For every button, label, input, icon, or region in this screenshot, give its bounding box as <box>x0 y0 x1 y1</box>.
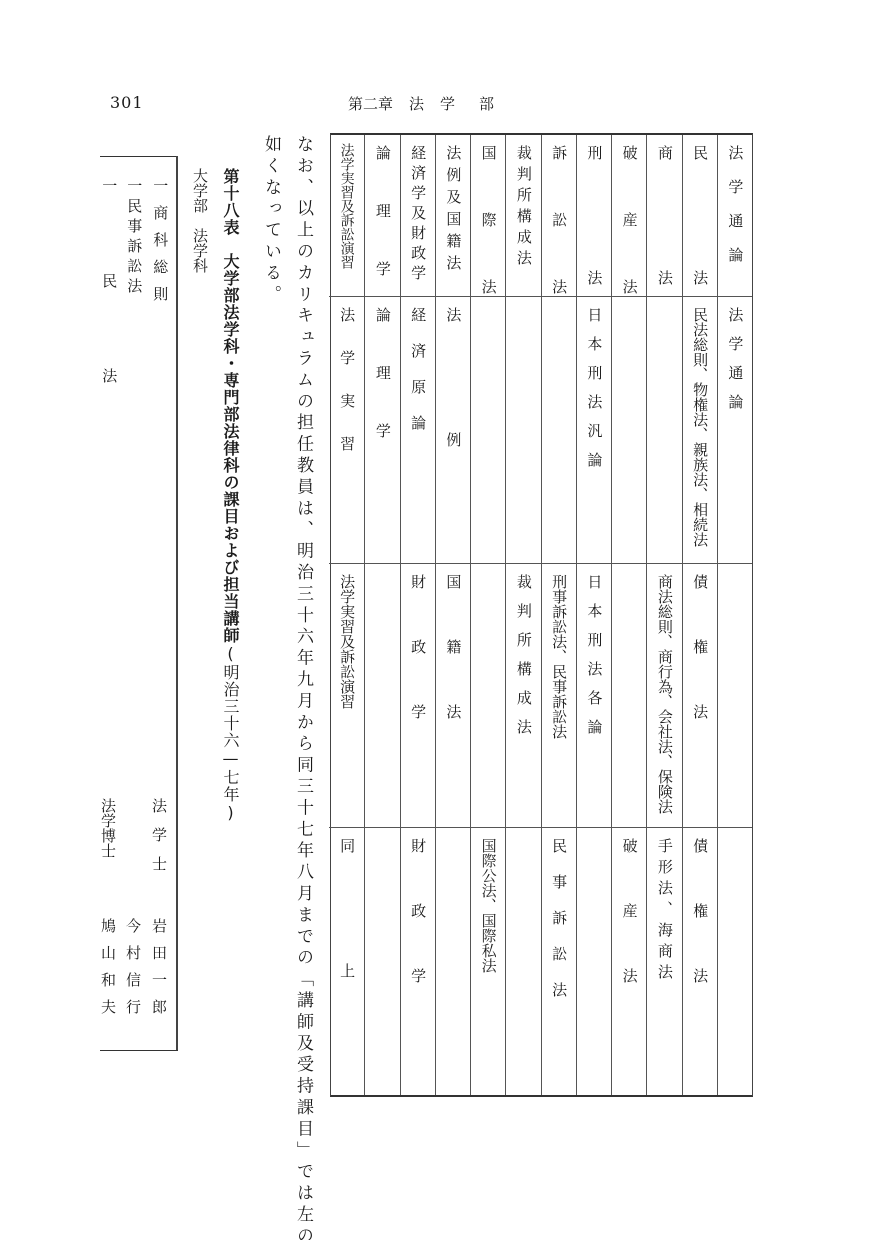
cell-text: 法学通論 <box>727 297 742 563</box>
list-name: 鳩山和夫 <box>100 918 115 1026</box>
column-header: 刑法 <box>577 135 611 297</box>
table-cell: 商法総則、商行為、会社法、保険法 <box>647 564 681 828</box>
table-column: 裁判所構成法 裁判所構成法 <box>505 135 540 1095</box>
table-cell: 論理学 <box>365 297 399 564</box>
table-cell: 債権法 <box>683 828 717 1095</box>
table-column: 国際法 国際公法、国際私法 <box>470 135 505 1095</box>
column-header: 商法 <box>647 135 681 297</box>
cell-text: 財政学 <box>410 564 425 827</box>
list-subject: 一民事訴訟法 <box>125 178 142 298</box>
chapter-label: 第二章 <box>348 95 393 113</box>
table-cell: 同上 <box>329 828 364 1095</box>
body-text-line: 如くなっている。 <box>262 135 279 306</box>
chapter-title-char: 法 <box>409 95 424 113</box>
table-column: 民法 民法総則、物権法、親族法、相続法 債権法 債権法 <box>682 135 717 1095</box>
table-cell <box>577 828 611 1095</box>
list-name: 岩田一郎 <box>151 918 166 1026</box>
table-column: 法学通論 法学通論 <box>717 135 752 1095</box>
column-header: 裁判所構成法 <box>506 135 540 297</box>
header-text: 破産法 <box>622 135 637 296</box>
header-text: 裁判所構成法 <box>516 135 531 296</box>
header-text: 論理学 <box>375 135 390 296</box>
column-header: 破産法 <box>612 135 646 297</box>
table-column: 経済学及財政学 経済原論 財政学 財政学 <box>400 135 435 1095</box>
table-cell <box>365 828 399 1095</box>
table-cell <box>647 297 681 564</box>
table-cell <box>506 297 540 564</box>
table-cell: 破産法 <box>612 828 646 1095</box>
table-cell: 裁判所構成法 <box>506 564 540 828</box>
table-caption: 第十八表 大学部法学科・専門部法律科の課目および担当講師(明治三十六—七年) <box>219 168 242 823</box>
table-cell: 刑事訴訟法、民事訴訟法 <box>542 564 576 828</box>
table-column: 刑法 日本刑法汎論 日本刑法各論 <box>576 135 611 1095</box>
list-degree: 法学博士 <box>100 798 115 858</box>
column-header: 法例及国籍法 <box>436 135 470 297</box>
column-header: 訴訟法 <box>542 135 576 297</box>
cell-text: 国際公法、国際私法 <box>481 828 496 1095</box>
header-text: 民法 <box>692 135 707 296</box>
table-cell: 法学実習 <box>329 297 364 564</box>
table-cell: 財政学 <box>401 828 435 1095</box>
table-column: 破産法 破産法 <box>611 135 646 1095</box>
table-cell: 法学通論 <box>718 297 752 564</box>
cell-text: 商法総則、商行為、会社法、保険法 <box>657 564 672 827</box>
table-cell: 民事訴訟法 <box>542 828 576 1095</box>
table-cell: 日本刑法汎論 <box>577 297 611 564</box>
table-subheading: 大学部 法学科 <box>190 168 211 273</box>
header-text: 国際法 <box>481 135 496 296</box>
cell-text: 債権法 <box>692 564 707 827</box>
cell-text: 日本刑法各論 <box>586 564 601 827</box>
cell-text: 論理学 <box>375 297 390 563</box>
table-cell <box>471 297 505 564</box>
body-text-line: なお、以上のカリキュラムの担任教員は、明治三十六年九月から同三十七年八月までの「… <box>294 135 311 1240</box>
cell-text: 経済原論 <box>410 297 425 563</box>
table-cell: 法例 <box>436 297 470 564</box>
table-cell <box>542 297 576 564</box>
list-rule-right <box>176 156 178 1050</box>
table-cell <box>612 564 646 828</box>
cell-text: 刑事訴訟法、民事訴訟法 <box>551 564 566 827</box>
table-cell: 国籍法 <box>436 564 470 828</box>
column-header: 法学実習及訴訟演習 <box>329 135 364 297</box>
table-cell <box>718 564 752 828</box>
cell-text: 民事訴訟法 <box>551 828 566 1095</box>
table-column: 論理学 論理学 <box>364 135 399 1095</box>
curriculum-table: 法学通論 法学通論 民法 民法総則、物権法、親族法、相続法 債権法 債権法 商法… <box>330 133 753 1097</box>
list-name: 今村信行 <box>125 918 140 1026</box>
header-text: 法例及国籍法 <box>445 135 460 296</box>
table-cell: 国際公法、国際私法 <box>471 828 505 1095</box>
cell-text: 債権法 <box>692 828 707 1095</box>
page-number: 301 <box>110 93 144 112</box>
table-cell: 経済原論 <box>401 297 435 564</box>
cell-text: 破産法 <box>622 828 637 1095</box>
header-text: 刑法 <box>586 135 601 296</box>
cell-text: 法学実習 <box>339 297 354 563</box>
table-column: 商法 商法総則、商行為、会社法、保険法 手形法、海商法 <box>646 135 681 1095</box>
table-column: 法例及国籍法 法例 国籍法 <box>435 135 470 1095</box>
cell-text: 民法総則、物権法、親族法、相続法 <box>692 297 707 563</box>
table-cell <box>612 297 646 564</box>
cell-text: 裁判所構成法 <box>516 564 531 827</box>
table-cell: 債権法 <box>683 564 717 828</box>
table-cell: 手形法、海商法 <box>647 828 681 1095</box>
cell-text: 同上 <box>339 828 354 1095</box>
table-cell <box>436 828 470 1095</box>
column-header: 民法 <box>683 135 717 297</box>
cell-text: 日本刑法汎論 <box>586 297 601 563</box>
table-cell <box>365 564 399 828</box>
header-text: 経済学及財政学 <box>410 135 425 296</box>
list-rule-top <box>100 156 178 157</box>
column-header: 経済学及財政学 <box>401 135 435 297</box>
table-cell: 民法総則、物権法、親族法、相続法 <box>683 297 717 564</box>
cell-text: 法例 <box>445 297 460 563</box>
list-rule-bottom <box>100 1050 178 1051</box>
table-column: 法学実習及訴訟演習 法学実習 法学実習及訴訟演習 同上 <box>329 135 364 1095</box>
header-text: 商法 <box>657 135 672 296</box>
table-column: 訴訟法 刑事訴訟法、民事訴訟法 民事訴訟法 <box>541 135 576 1095</box>
chapter-title-char: 部 <box>479 95 494 113</box>
cell-text: 財政学 <box>410 828 425 1095</box>
table-cell <box>506 828 540 1095</box>
table-cell: 法学実習及訴訟演習 <box>329 564 364 828</box>
list-subject: 一商科総則 <box>151 178 168 313</box>
column-header: 論理学 <box>365 135 399 297</box>
cell-text: 国籍法 <box>445 564 460 827</box>
caption-period: (明治三十六—七年) <box>221 644 240 823</box>
caption-title: 第十八表 大学部法学科・専門部法律科の課目および担当講師 <box>221 168 240 644</box>
chapter-title-char: 学 <box>440 95 455 113</box>
table-cell: 日本刑法各論 <box>577 564 611 828</box>
column-header: 国際法 <box>471 135 505 297</box>
header-text: 訴訟法 <box>551 135 566 296</box>
running-head: 第二章法学部 <box>348 93 510 114</box>
list-degree: 法学士 <box>151 798 166 885</box>
list-subject: 一民法 <box>100 178 117 463</box>
table-cell <box>718 828 752 1095</box>
column-header: 法学通論 <box>718 135 752 297</box>
header-text: 法学実習及訴訟演習 <box>340 135 354 296</box>
cell-text: 手形法、海商法 <box>657 828 672 1095</box>
cell-text: 法学実習及訴訟演習 <box>339 564 354 827</box>
header-text: 法学通論 <box>727 135 742 296</box>
table-cell: 財政学 <box>401 564 435 828</box>
table-cell <box>471 564 505 828</box>
